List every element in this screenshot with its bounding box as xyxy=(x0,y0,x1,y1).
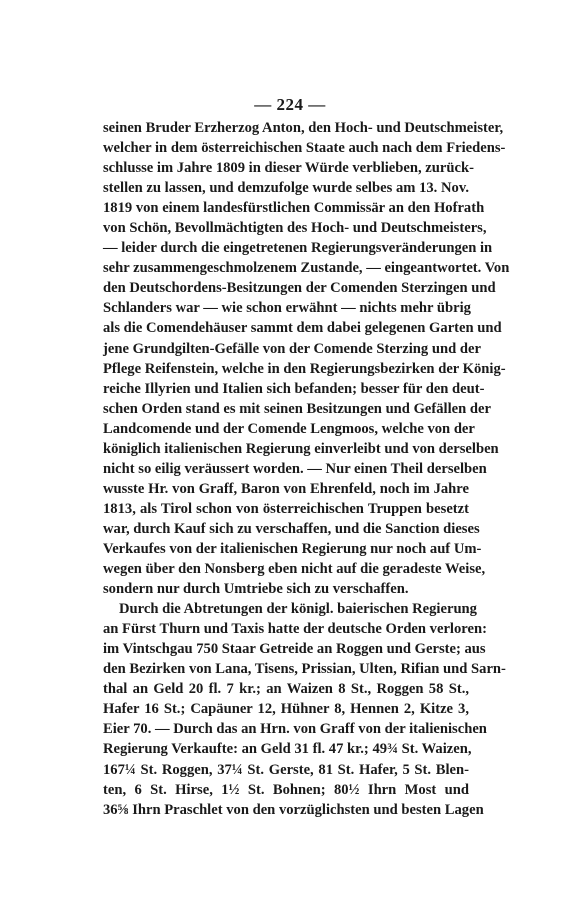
text-line: ten, 6 St. Hirse, 1½ St. Bohnen; 80½ Ihr… xyxy=(103,780,469,800)
document-page: — 224 — seinen Bruder Erzherzog Anton, d… xyxy=(0,0,580,905)
text-line: 1819 von einem landesfürstlichen Commiss… xyxy=(103,198,469,218)
text-line: an Fürst Thurn und Taxis hatte der deuts… xyxy=(103,619,469,639)
body-text: seinen Bruder Erzherzog Anton, den Hoch-… xyxy=(103,118,469,820)
text-line: sehr zusammengeschmolzenem Zustande, — e… xyxy=(103,258,469,278)
text-line: thal an Geld 20 fl. 7 kr.; an Waizen 8 S… xyxy=(103,679,469,699)
text-line: königlich italienischen Regierung einver… xyxy=(103,439,469,459)
text-line: reiche Illyrien und Italien sich befande… xyxy=(103,379,469,399)
text-line: Schlanders war — wie schon erwähnt — nic… xyxy=(103,298,469,318)
text-line: jene Grundgilten-Gefälle von der Comende… xyxy=(103,339,469,359)
text-line: Pflege Reifenstein, welche in den Regier… xyxy=(103,359,469,379)
text-line: 36⅝ Ihrn Praschlet von den vorzüglichste… xyxy=(103,800,469,820)
text-line: 167¼ St. Roggen, 37¼ St. Gerste, 81 St. … xyxy=(103,760,469,780)
text-line: den Deutschordens-Besitzungen der Comend… xyxy=(103,278,469,298)
text-line: von Schön, Bevollmächtigten des Hoch- un… xyxy=(103,218,469,238)
text-line: schlusse im Jahre 1809 in dieser Würde v… xyxy=(103,158,469,178)
text-line: wegen über den Nonsberg eben nicht auf d… xyxy=(103,559,469,579)
text-line: Eier 70. — Durch das an Hrn. von Graff v… xyxy=(103,719,469,739)
text-line: Verkaufes von der italienischen Regierun… xyxy=(103,539,469,559)
text-line: seinen Bruder Erzherzog Anton, den Hoch-… xyxy=(103,118,469,138)
text-line: den Bezirken von Lana, Tisens, Prissian,… xyxy=(103,659,469,679)
text-line: stellen zu lassen, und demzufolge wurde … xyxy=(103,178,469,198)
text-line: im Vintschgau 750 Staar Getreide an Rogg… xyxy=(103,639,469,659)
paragraph-start-line: Durch die Abtretungen der königl. baieri… xyxy=(103,599,469,619)
text-line: Regierung Verkaufte: an Geld 31 fl. 47 k… xyxy=(103,739,469,759)
text-line: als die Comendehäuser sammt dem dabei ge… xyxy=(103,318,469,338)
text-line: welcher in dem österreichischen Staate a… xyxy=(103,138,469,158)
paragraph-end-line: sondern nur durch Umtriebe sich zu versc… xyxy=(103,579,469,599)
text-line: 1813, als Tirol schon von österreichisch… xyxy=(103,499,469,519)
page-number: — 224 — xyxy=(0,95,580,115)
text-line: — leider durch die eingetretenen Regieru… xyxy=(103,238,469,258)
text-line: wusste Hr. von Graff, Baron von Ehrenfel… xyxy=(103,479,469,499)
text-line: Hafer 16 St.; Capäuner 12, Hühner 8, Hen… xyxy=(103,699,469,719)
text-line: schen Orden stand es mit seinen Besitzun… xyxy=(103,399,469,419)
text-line: war, durch Kauf sich zu verschaffen, und… xyxy=(103,519,469,539)
text-line: nicht so eilig veräussert worden. — Nur … xyxy=(103,459,469,479)
text-line: Landcomende und der Comende Lengmoos, we… xyxy=(103,419,469,439)
